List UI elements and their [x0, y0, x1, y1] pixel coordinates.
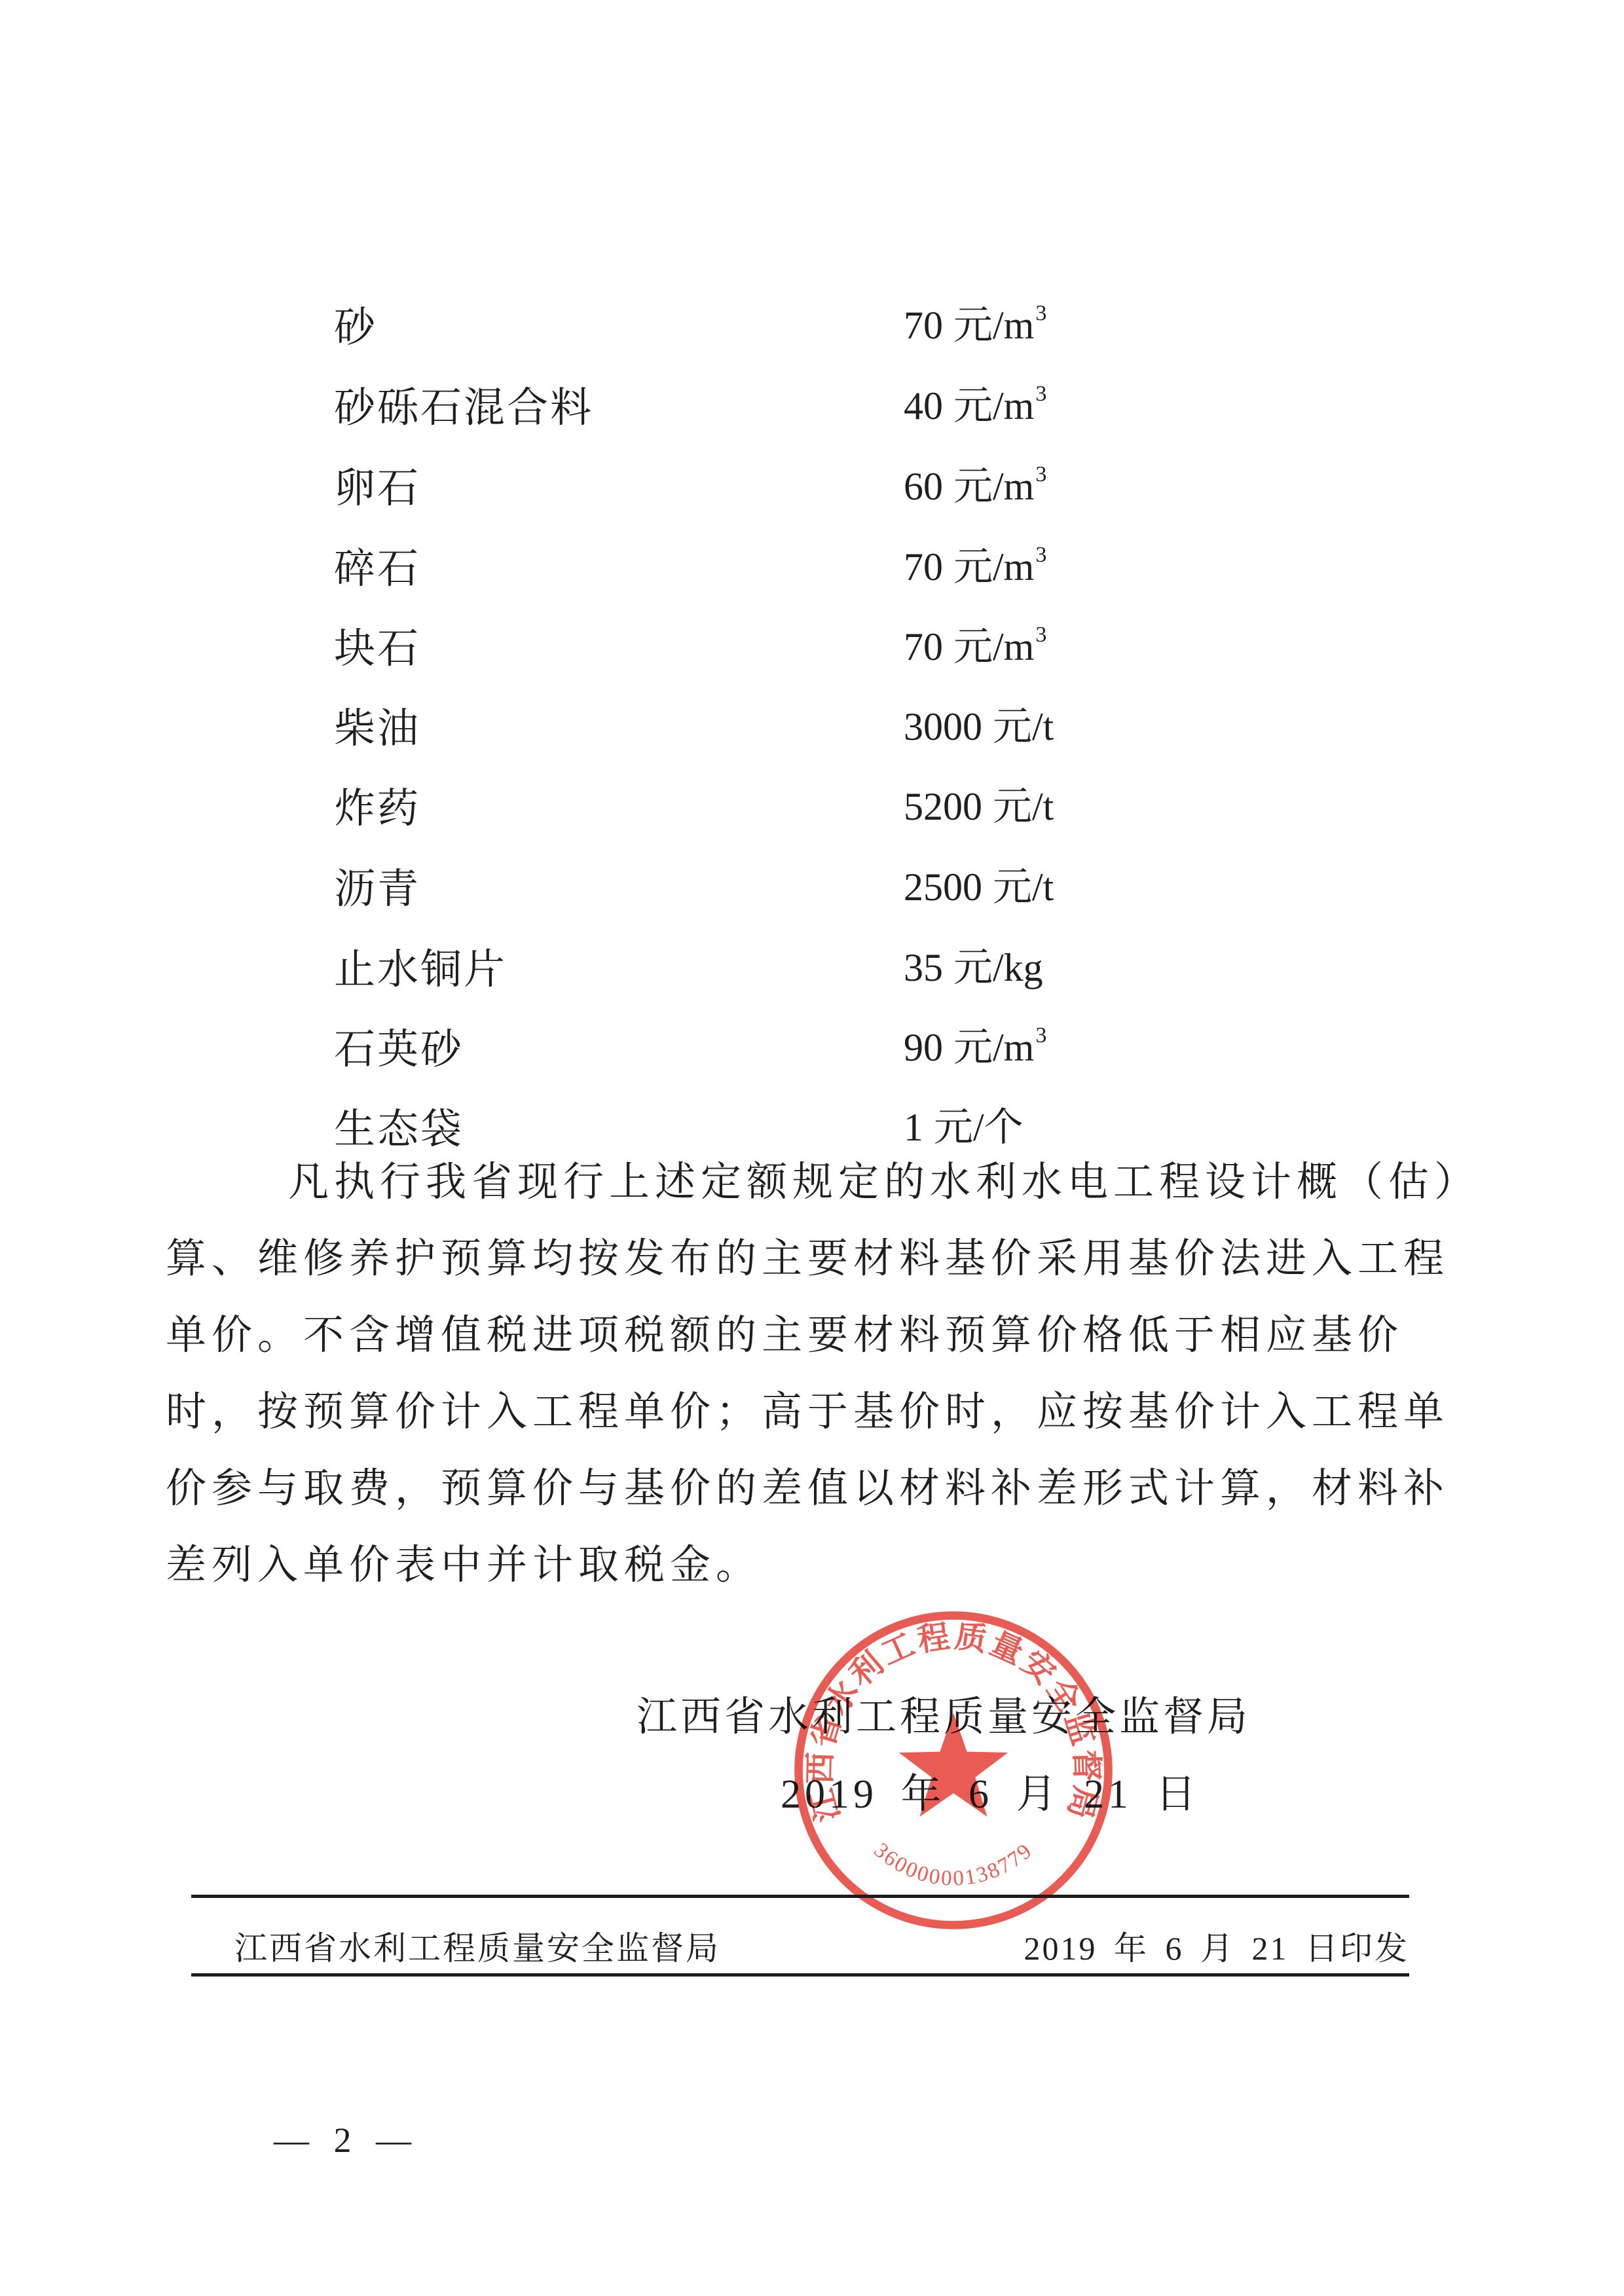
material-price: 1元/个: [904, 1096, 1025, 1152]
paragraph-line: 时，按预算价计入工程单价；高于基价时，应按基价计入工程单: [166, 1379, 1541, 1437]
paragraph-line: 单价。不含增值税进项税额的主要材料预算价格低于相应基价: [166, 1302, 1541, 1360]
price-amount: 70: [904, 545, 943, 589]
price-row: 炸药 5200元/t: [0, 775, 1624, 822]
footer-bottom-rule: [191, 1973, 1409, 1977]
paragraph-line: 算、维修养护预算均按发布的主要材料基价采用基价法进入工程: [166, 1226, 1541, 1284]
material-name: 生态袋: [334, 1096, 464, 1156]
paragraph-line: 差列入单价表中并计取税金。: [166, 1532, 1541, 1590]
material-price: 3000元/t: [904, 695, 1055, 752]
price-unit: 元/t: [993, 866, 1054, 909]
price-unit-sup: 3: [1035, 623, 1046, 647]
material-price: 90元/m3: [904, 1016, 1046, 1072]
price-row: 止水铜片 35元/kg: [0, 936, 1624, 983]
material-name: 块石: [334, 615, 420, 675]
price-unit-sup: 3: [1035, 382, 1046, 406]
material-name: 砂砾石混合料: [334, 374, 593, 434]
price-unit-sup: 3: [1035, 543, 1046, 567]
price-row: 砂 70元/m3: [0, 294, 1624, 341]
material-name: 碎石: [334, 536, 420, 595]
price-row: 块石 70元/m3: [0, 615, 1624, 663]
material-name: 止水铜片: [334, 936, 507, 996]
material-name: 炸药: [334, 775, 420, 835]
price-unit-sup: 3: [1035, 462, 1046, 486]
price-unit: 元/m: [953, 384, 1034, 428]
price-amount: 70: [904, 625, 943, 668]
price-row: 生态袋 1元/个: [0, 1096, 1624, 1143]
price-row: 柴油 3000元/t: [0, 695, 1624, 742]
material-name: 柴油: [334, 695, 420, 755]
price-unit: 元/kg: [953, 946, 1043, 989]
price-unit: 元/个: [934, 1106, 1024, 1149]
material-price: 70元/m3: [904, 536, 1046, 592]
price-amount: 35: [904, 946, 943, 989]
star-icon: [899, 1713, 1008, 1816]
price-unit: 元/t: [993, 705, 1054, 748]
material-price: 70元/m3: [904, 615, 1046, 672]
price-amount: 5200: [904, 785, 982, 828]
page-number: — 2 —: [274, 2120, 419, 2160]
price-amount: 3000: [904, 705, 982, 748]
price-unit: 元/m: [953, 1026, 1034, 1069]
footer-organization: 江西省水利工程质量安全监督局: [234, 1922, 720, 1969]
price-amount: 60: [904, 465, 943, 508]
price-row: 砂砾石混合料 40元/m3: [0, 374, 1624, 422]
footer-print-date: 2019 年 6 月 21 日印发: [1024, 1922, 1410, 1969]
seal-code: 36000000138779: [869, 1838, 1037, 1891]
material-price: 60元/m3: [904, 455, 1046, 511]
price-row: 卵石 60元/m3: [0, 455, 1624, 502]
price-unit-sup: 3: [1035, 1023, 1046, 1048]
material-name: 石英砂: [334, 1016, 464, 1076]
price-unit: 元/m: [953, 465, 1034, 508]
material-name: 卵石: [334, 455, 420, 515]
price-amount: 1: [904, 1106, 923, 1149]
price-unit: 元/t: [993, 785, 1054, 828]
price-unit: 元/m: [953, 304, 1034, 347]
price-unit-sup: 3: [1035, 301, 1046, 325]
price-row: 沥青 2500元/t: [0, 856, 1624, 903]
official-seal-stamp: 江西省水利工程质量安全监督局 36000000138779: [788, 1603, 1119, 1938]
price-unit: 元/m: [953, 625, 1034, 668]
price-row: 碎石 70元/m3: [0, 536, 1624, 583]
material-price: 70元/m3: [904, 294, 1046, 350]
paragraph-line: 凡执行我省现行上述定额规定的水利水电工程设计概（估）: [166, 1149, 1624, 1207]
material-price: 40元/m3: [904, 374, 1046, 431]
paragraph-line: 价参与取费，预算价与基价的差值以材料补差形式计算，材料补: [166, 1455, 1541, 1514]
price-amount: 2500: [904, 866, 982, 909]
material-price: 5200元/t: [904, 775, 1055, 831]
price-row: 石英砂 90元/m3: [0, 1016, 1624, 1063]
price-amount: 90: [904, 1026, 943, 1069]
material-price: 35元/kg: [904, 936, 1044, 993]
material-name: 砂: [334, 294, 377, 354]
material-name: 沥青: [334, 856, 420, 915]
price-amount: 40: [904, 384, 943, 428]
price-unit: 元/m: [953, 545, 1034, 589]
document-page: 砂 70元/m3 砂砾石混合料 40元/m3 卵石 60元/m3 碎石 70元/…: [0, 0, 1624, 2296]
material-price: 2500元/t: [904, 856, 1055, 912]
price-amount: 70: [904, 304, 943, 347]
footer-top-rule: [191, 1895, 1409, 1898]
